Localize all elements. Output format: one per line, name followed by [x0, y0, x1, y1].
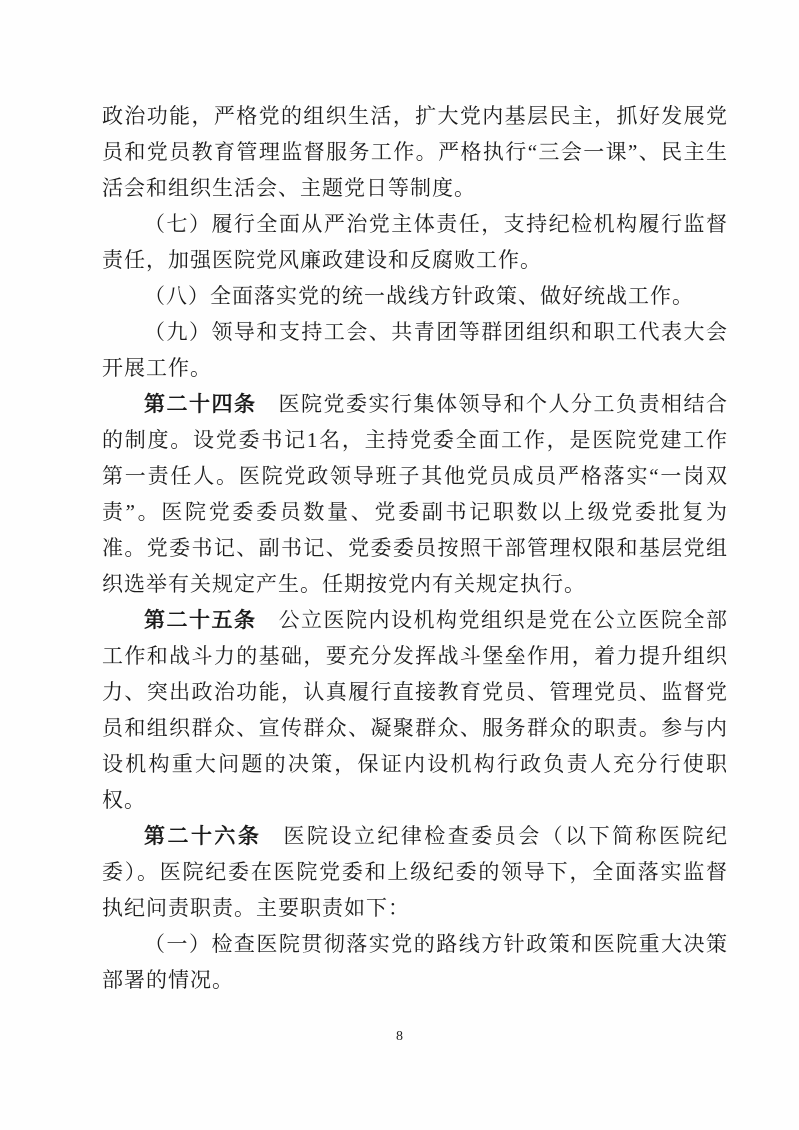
article-number: 第二十五条 — [144, 608, 257, 632]
paragraph: 第二十四条医院党委实行集体领导和个人分工负责相结合的制度。设党委书记1名，主持党… — [102, 386, 728, 602]
paragraph: 政治功能，严格党的组织生活，扩大党内基层民主，抓好发展党员和党员教育管理监督服务… — [102, 98, 728, 206]
paragraph: （一）检查医院贯彻落实党的路线方针政策和医院重大决策部署的情况。 — [102, 926, 728, 998]
paragraph-text: 医院党委实行集体领导和个人分工负责相结合的制度。设党委书记1名，主持党委全面工作… — [102, 392, 728, 596]
paragraph-text: （八）全面落实党的统一战线方针政策、做好统战工作。 — [144, 284, 694, 308]
paragraph-text: （七）履行全面从严治党主体责任，支持纪检机构履行监督责任，加强医院党风廉政建设和… — [102, 212, 728, 272]
article-number: 第二十四条 — [144, 392, 257, 416]
paragraph-text: 政治功能，严格党的组织生活，扩大党内基层民主，抓好发展党员和党员教育管理监督服务… — [102, 104, 728, 200]
paragraph-text: （九）领导和支持工会、共青团等群团组织和职工代表大会开展工作。 — [102, 320, 728, 380]
document-body: 政治功能，严格党的组织生活，扩大党内基层民主，抓好发展党员和党员教育管理监督服务… — [102, 98, 728, 998]
paragraph: （九）领导和支持工会、共青团等群团组织和职工代表大会开展工作。 — [102, 314, 728, 386]
paragraph: 第二十五条公立医院内设机构党组织是党在公立医院全部工作和战斗力的基础，要充分发挥… — [102, 602, 728, 818]
page-number: 8 — [0, 1028, 799, 1046]
paragraph-text: （一）检查医院贯彻落实党的路线方针政策和医院重大决策部署的情况。 — [102, 932, 728, 992]
paragraph: （八）全面落实党的统一战线方针政策、做好统战工作。 — [102, 278, 728, 314]
paragraph: 第二十六条医院设立纪律检查委员会（以下简称医院纪委）。医院纪委在医院党委和上级纪… — [102, 818, 728, 926]
document-page: 政治功能，严格党的组织生活，扩大党内基层民主，抓好发展党员和党员教育管理监督服务… — [0, 0, 799, 1130]
paragraph: （七）履行全面从严治党主体责任，支持纪检机构履行监督责任，加强医院党风廉政建设和… — [102, 206, 728, 278]
paragraph-text: 公立医院内设机构党组织是党在公立医院全部工作和战斗力的基础，要充分发挥战斗堡垒作… — [102, 608, 728, 812]
article-number: 第二十六条 — [144, 824, 261, 848]
